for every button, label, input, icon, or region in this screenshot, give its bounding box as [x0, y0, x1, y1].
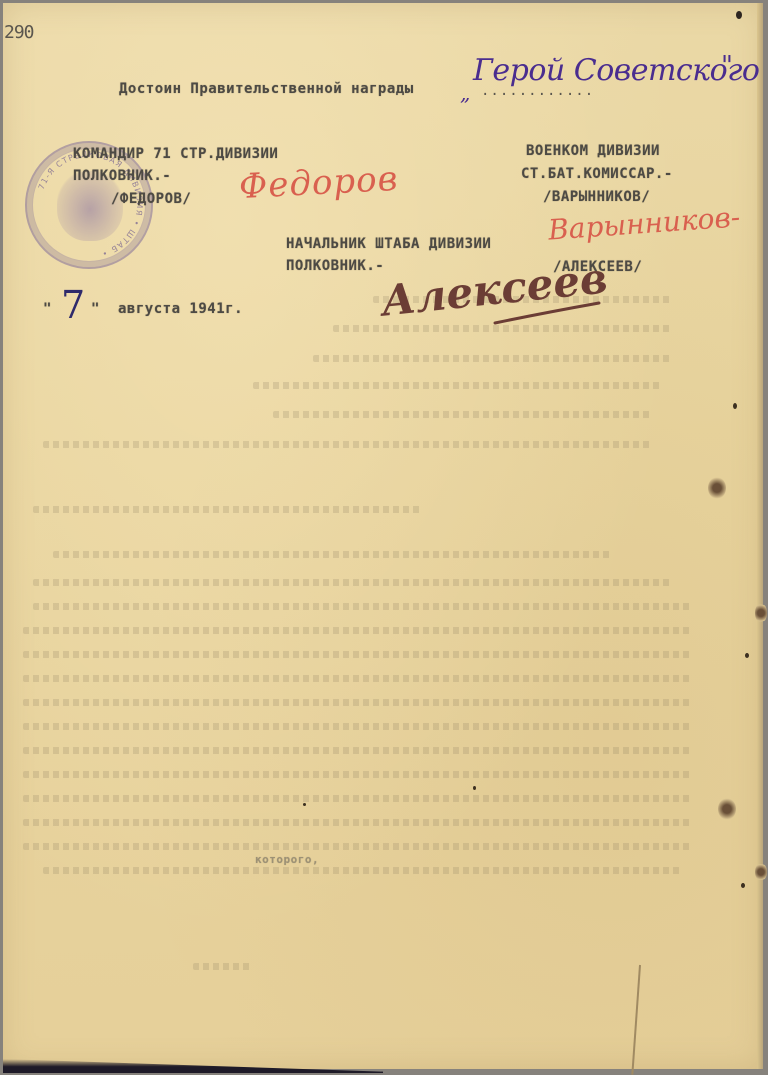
paper-hole [755, 603, 767, 623]
bleed-fragment: которого, [255, 853, 319, 866]
award-line-typed: Достоин Правительственной награды [119, 81, 414, 97]
scan-shadow [3, 1059, 383, 1073]
chief-of-staff-rank: ПОЛКОВНИК.- [286, 258, 384, 274]
commissar-signature: Варынников- [547, 200, 741, 246]
ink-speck [745, 653, 749, 658]
award-open-quote: „ [460, 81, 470, 105]
chief-of-staff-title: НАЧАЛЬНИК ШТАБА ДИВИЗИИ [286, 236, 491, 252]
date-day-handwritten: 7 [61, 283, 85, 327]
signature-flourish [493, 299, 603, 327]
commissar-name: /ВАРЫННИКОВ/ [543, 189, 650, 205]
ink-speck [303, 803, 306, 806]
ink-speck [741, 883, 745, 888]
date-open-quote: " [43, 301, 52, 317]
commander-title: КОМАНДИР 71 СТР.ДИВИЗИИ [73, 146, 278, 162]
date-month-year: августа 1941г. [118, 301, 243, 317]
commander-rank: ПОЛКОВНИК.- [73, 168, 171, 184]
page-number: 290 [4, 22, 34, 43]
commissar-rank: СТ.БАТ.КОМИССАР.- [521, 166, 673, 182]
commander-name: /ФЕДОРОВ/ [111, 191, 191, 207]
commissar-title: ВОЕНКОМ ДИВИЗИИ [526, 143, 660, 159]
paper-hole [718, 798, 736, 820]
paper-hole [755, 863, 767, 881]
document-page: которого, 290 Достоин Правительственной … [3, 3, 763, 1069]
ink-speck [736, 11, 742, 19]
paper-hole [708, 477, 726, 499]
ink-speck [473, 786, 476, 790]
date-close-quote: " [91, 301, 100, 317]
paper-crease [631, 965, 641, 1075]
commander-signature: Федоров [238, 159, 399, 207]
paper-edge [757, 3, 763, 1069]
award-close-quote: " [721, 51, 733, 81]
ink-speck [733, 403, 737, 409]
scan-viewport: которого, 290 Достоин Правительственной … [0, 0, 768, 1075]
